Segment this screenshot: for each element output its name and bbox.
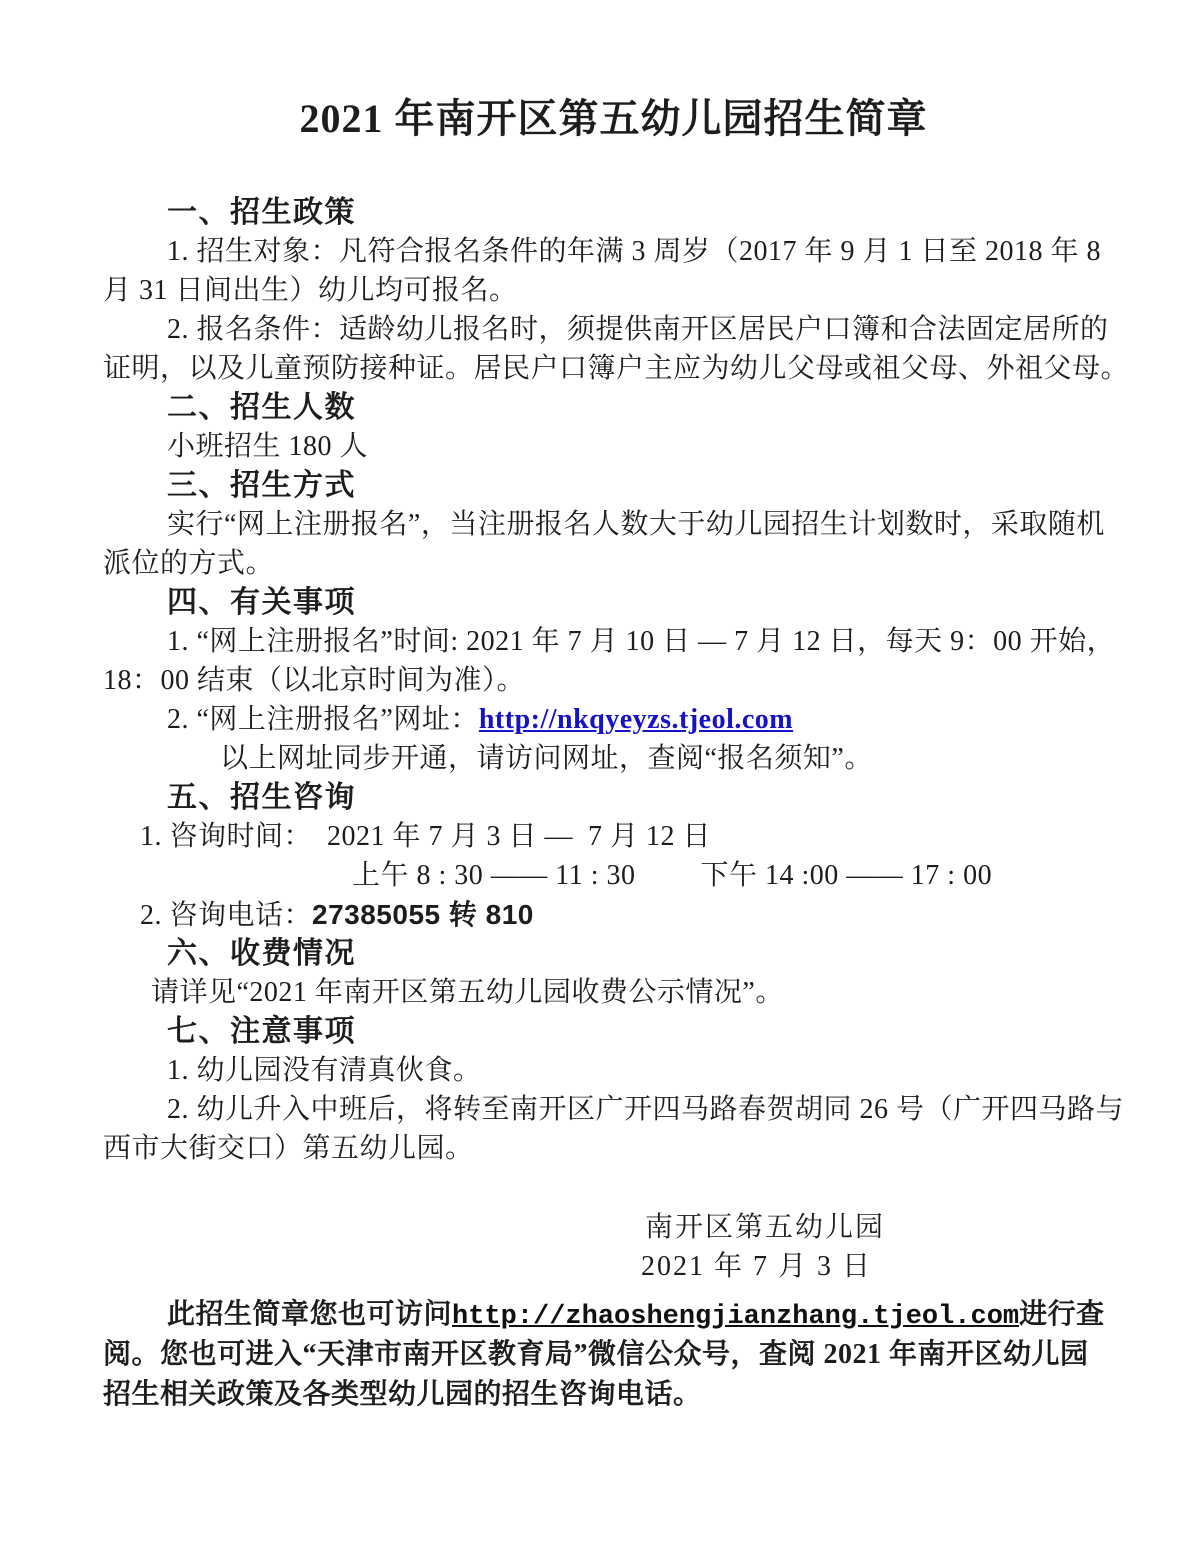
section-3-body-line-1: 实行“网上注册报名”，当注册报名人数大于幼儿园招生计划数时，采取随机 [103, 505, 1100, 544]
section-4-item-1-line-1: 1. “网上注册报名”时间: 2021 年 7 月 10 日 — 7 月 12 … [103, 622, 1100, 661]
section-7-item-2-line-2: 西市大街交口）第五幼儿园。 [103, 1129, 1100, 1168]
section-7-item-2-line-1: 2. 幼儿升入中班后，将转至南开区广开四马路春贺胡同 26 号（广开四马路与 [103, 1090, 1100, 1129]
section-4-item-2-note: 以上网址同步开通，请访问网址，查阅“报名须知”。 [103, 739, 1100, 778]
section-4-item-2-line: 2. “网上注册报名”网址：http://nkqyeyzs.tjeol.com [103, 700, 1100, 739]
footer-note: 此招生简章您也可访问http://zhaoshengjianzhang.tjeo… [103, 1295, 1100, 1415]
section-1-item-1-line-1: 1. 招生对象：凡符合报名条件的年满 3 周岁（2017 年 9 月 1 日至 … [103, 232, 1100, 271]
section-6-body: 请详见“2021 年南开区第五幼儿园收费公示情况”。 [103, 973, 1100, 1012]
section-6-heading: 六、收费情况 [103, 934, 1100, 973]
page-title: 2021 年南开区第五幼儿园招生简章 [103, 0, 1100, 148]
section-2-body: 小班招生 180 人 [103, 427, 1100, 466]
phone-label: 2. 咨询电话： [140, 900, 312, 931]
footer-line-1-suffix: 进行查 [1019, 1299, 1105, 1330]
section-5-heading: 五、招生咨询 [103, 778, 1100, 817]
document-body: 2021 年南开区第五幼儿园招生简章 一、招生政策 1. 招生对象：凡符合报名条… [0, 0, 1200, 1415]
section-1-item-2-line-2: 证明，以及儿童预防接种证。居民户口簿户主应为幼儿父母或祖父母、外祖父母。 [103, 349, 1100, 388]
footer-line-3: 招生相关政策及各类型幼儿园的招生咨询电话。 [103, 1375, 1100, 1415]
signature-name: 南开区第五幼儿园 [103, 1208, 1100, 1247]
morning-hours: 上午 8 : 30 —— 11 : 30 [352, 860, 636, 891]
registration-url-label: 2. “网上注册报名”网址： [167, 704, 479, 735]
phone-number: 27385055 转 810 [312, 899, 534, 930]
section-3-heading: 三、招生方式 [103, 466, 1100, 505]
afternoon-hours: 下午 14 :00 —— 17 : 00 [701, 860, 993, 891]
footer-line-1: 此招生简章您也可访问http://zhaoshengjianzhang.tjeo… [103, 1295, 1100, 1335]
section-1-item-2-line-1: 2. 报名条件：适龄幼儿报名时，须提供南开区居民户口簿和合法固定居所的 [103, 310, 1100, 349]
section-4-item-1-line-2: 18：00 结束（以北京时间为准）。 [103, 661, 1100, 700]
footer-line-2: 阅。您也可进入“天津市南开区教育局”微信公众号，查阅 2021 年南开区幼儿园 [103, 1335, 1100, 1375]
footer-line-1-prefix: 此招生简章您也可访问 [167, 1299, 452, 1330]
section-1-item-1-line-2: 月 31 日间出生）幼儿均可报名。 [103, 271, 1100, 310]
document-page: 2021 年南开区第五幼儿园招生简章 一、招生政策 1. 招生对象：凡符合报名条… [0, 0, 1200, 1552]
brochure-url-link[interactable]: http://zhaoshengjianzhang.tjeol.com [452, 1302, 1019, 1332]
section-5-item-1: 1. 咨询时间： 2021 年 7 月 3 日 — 7 月 12 日 [103, 817, 1100, 856]
registration-url-link[interactable]: http://nkqyeyzs.tjeol.com [479, 704, 793, 735]
section-7-item-1: 1. 幼儿园没有清真伙食。 [103, 1051, 1100, 1090]
section-3-body-line-2: 派位的方式。 [103, 544, 1100, 583]
section-5-consult-hours: 上午 8 : 30 —— 11 : 30下午 14 :00 —— 17 : 00 [103, 856, 1100, 895]
section-4-heading: 四、有关事项 [103, 583, 1100, 622]
section-7-heading: 七、注意事项 [103, 1012, 1100, 1051]
section-1-heading: 一、招生政策 [103, 193, 1100, 232]
signature-date: 2021 年 7 月 3 日 [103, 1247, 1100, 1286]
section-5-item-2: 2. 咨询电话：27385055 转 810 [103, 895, 1100, 934]
signature-block: 南开区第五幼儿园 2021 年 7 月 3 日 [103, 1208, 1100, 1286]
section-2-heading: 二、招生人数 [103, 388, 1100, 427]
